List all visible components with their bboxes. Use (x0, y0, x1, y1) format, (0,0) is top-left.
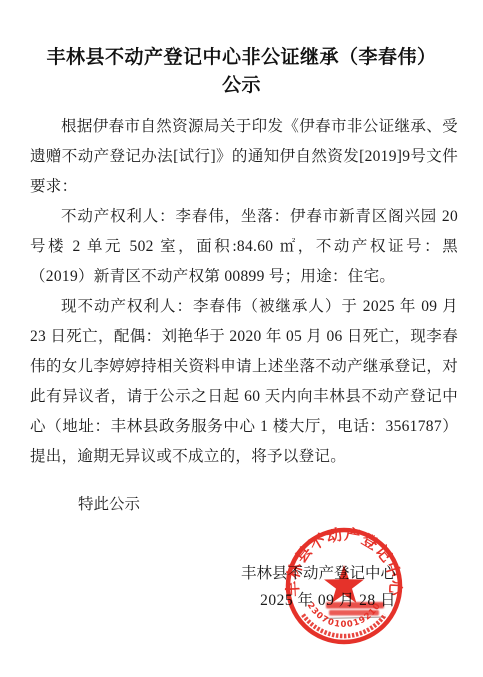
closing-statement: 特此公示 (30, 490, 458, 520)
paragraph-property-info: 不动产权利人：李春伟，坐落：伊春市新青区阁兴园 20 号楼 2 单元 502 室… (30, 202, 458, 292)
notice-document: 丰林县不动产登记中心非公证继承（李春伟） 公示 根据伊春市自然资源局关于印发《伊… (0, 0, 483, 677)
signature-date: 2025 年 09 月 28 日 (260, 587, 396, 614)
paragraph-basis: 根据伊春市自然资源局关于印发《伊春市非公证继承、受遗赠不动产登记办法[试行]》的… (30, 112, 458, 202)
title-line-2: 公示 (0, 72, 483, 100)
title-line-1: 丰林县不动产登记中心非公证继承（李春伟） (0, 44, 483, 72)
stamp-signature-line (324, 617, 386, 619)
signature-block: 丰林县不动产登记中心 2025 年 09 月 28 日 (30, 560, 396, 614)
paragraph-inheritance-notice: 现不动产权利人：李春伟（被继承人）于 2025 年 09 月 23 日死亡，配偶… (30, 292, 458, 472)
stamp-rim-microtext (303, 615, 385, 636)
signature-organization: 丰林县不动产登记中心 (30, 560, 396, 587)
document-title: 丰林县不动产登记中心非公证继承（李春伟） 公示 (0, 44, 483, 100)
document-body: 根据伊春市自然资源局关于印发《伊春市非公证继承、受遗赠不动产登记办法[试行]》的… (0, 100, 483, 614)
